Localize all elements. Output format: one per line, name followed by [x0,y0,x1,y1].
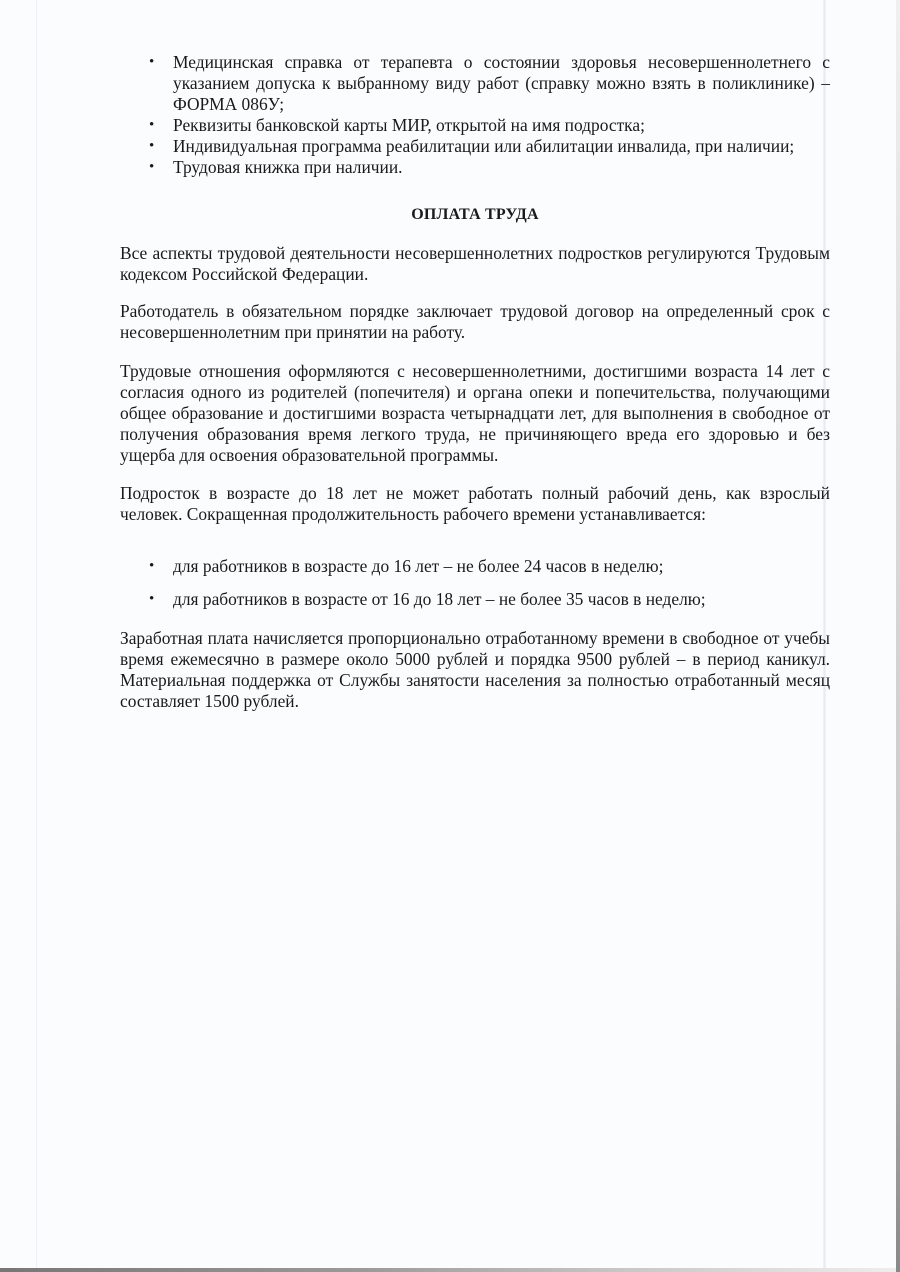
working-hours-list: • для работников в возрасте до 16 лет – … [120,556,830,622]
list-item-text: Медицинская справка от терапевта о состо… [173,52,830,114]
list-item: • для работников в возрасте до 16 лет – … [120,556,830,577]
bullet-icon: • [149,52,154,73]
bullet-icon: • [149,556,154,577]
list-item-text: Реквизиты банковской карты МИР, открытой… [173,115,645,135]
paragraph-labor-relations: Трудовые отношения оформляются с несовер… [120,361,830,466]
list-item-text: Трудовая книжка при наличии. [173,157,402,177]
paragraph-working-hours: Подросток в возрасте до 18 лет не может … [120,483,830,525]
paragraph-employment-contract: Работодатель в обязательном порядке закл… [120,301,830,343]
bullet-icon: • [149,589,154,610]
scan-fold-line-left [36,0,37,1272]
list-item: • для работников в возрасте от 16 до 18 … [120,589,830,610]
list-item-text: для работников в возрасте до 16 лет – не… [173,556,663,576]
section-heading: ОПЛАТА ТРУДА [120,204,830,225]
scan-edge-bottom [0,1268,900,1272]
list-item: • Индивидуальная программа реабилитации … [120,136,830,157]
bullet-icon: • [149,115,154,136]
bullet-icon: • [149,136,154,157]
list-item: • Медицинская справка от терапевта о сос… [120,52,830,115]
list-item-text: для работников в возрасте от 16 до 18 ле… [173,589,706,609]
bullet-icon: • [149,157,154,178]
paragraph-salary: Заработная плата начисляется пропорциона… [120,628,830,712]
list-item: • Реквизиты банковской карты МИР, открыт… [120,115,830,136]
list-item-text: Индивидуальная программа реабилитации ил… [173,136,794,156]
paragraph-labor-code: Все аспекты трудовой деятельности несове… [120,243,830,285]
list-item: • Трудовая книжка при наличии. [120,157,830,178]
required-documents-list: • Медицинская справка от терапевта о сос… [120,52,830,178]
scan-edge-right [896,0,900,1272]
